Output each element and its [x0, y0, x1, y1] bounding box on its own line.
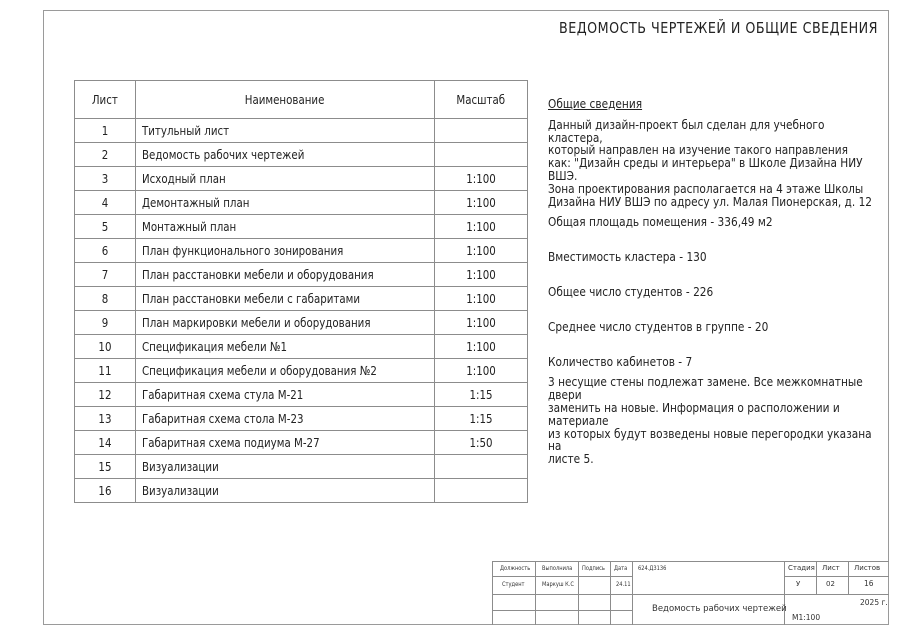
avg-group-info: Среднее число студентов в группе - 20 — [548, 321, 878, 334]
col-date-label: Дата — [614, 565, 627, 572]
table-row: 8План расстановки мебели с габаритами1:1… — [75, 287, 528, 311]
sheet-number: 2 — [75, 143, 136, 167]
sheet-number: 11 — [75, 359, 136, 383]
table-row: 4Демонтажный план1:100 — [75, 191, 528, 215]
stage-label: Стадия — [788, 564, 815, 572]
sheet-name: Визуализации — [136, 455, 435, 479]
text-line: 3 несущие стены подлежат замене. Все меж… — [548, 376, 878, 402]
text-line: заменить на новые. Информация о располож… — [548, 402, 878, 428]
sheet-name: Исходный план — [136, 167, 435, 191]
year-value: 2025 г. — [860, 598, 888, 607]
table-row: 1Титульный лист — [75, 119, 528, 143]
sheet-name: План расстановки мебели и оборудования — [136, 263, 435, 287]
scale-value: М1:100 — [792, 613, 820, 622]
col-author-label: Выполнила — [542, 565, 572, 572]
drawing-name: Ведомость рабочих чертежей — [652, 604, 787, 614]
table-row: 16Визуализации — [75, 479, 528, 503]
total-students-info: Общее число студентов - 226 — [548, 286, 878, 299]
sheet-scale: 1:100 — [435, 215, 528, 239]
sheet-scale: 1:100 — [435, 311, 528, 335]
rooms-info: Количество кабинетов - 7 — [548, 356, 878, 369]
sheet-scale — [435, 119, 528, 143]
table-row: 3Исходный план1:100 — [75, 167, 528, 191]
text-line: Дизайна НИУ ВШЭ по адресу ул. Малая Пион… — [548, 196, 878, 209]
sheet-scale: 1:15 — [435, 407, 528, 431]
table-header-row: Лист Наименование Масштаб — [75, 81, 528, 119]
sheet-scale: 1:100 — [435, 359, 528, 383]
sheet-name: Монтажный план — [136, 215, 435, 239]
sheet-scale — [435, 479, 528, 503]
table-row: 11Спецификация мебели и оборудования №21… — [75, 359, 528, 383]
sheet-scale — [435, 455, 528, 479]
sheet-number: 3 — [75, 167, 136, 191]
sheets-value: 16 — [864, 579, 874, 588]
table-row: 13Габаритная схема стола М-231:15 — [75, 407, 528, 431]
sheet-scale: 1:100 — [435, 167, 528, 191]
sheet-name: План функционального зонирования — [136, 239, 435, 263]
sheet-name: Габаритная схема стула М-21 — [136, 383, 435, 407]
sheet-name: Ведомость рабочих чертежей — [136, 143, 435, 167]
sheet-number: 8 — [75, 287, 136, 311]
table-row: 2Ведомость рабочих чертежей — [75, 143, 528, 167]
text-line: из которых будут возведены новые перегор… — [548, 428, 878, 454]
sheet-name: Спецификация мебели №1 — [136, 335, 435, 359]
sheet-scale: 1:100 — [435, 335, 528, 359]
drawing-list-body: 1Титульный лист2Ведомость рабочих чертеж… — [75, 119, 528, 503]
text-line: Данный дизайн-проект был сделан для учеб… — [548, 119, 878, 145]
text-line: Зона проектирования располагается на 4 э… — [548, 183, 878, 196]
sheet-name: План маркировки мебели и оборудования — [136, 311, 435, 335]
title-block: Должность Выполнила Подпись Дата Студент… — [492, 561, 889, 625]
general-info: Общие сведения Данный дизайн-проект был … — [548, 98, 878, 466]
sheet-scale: 1:15 — [435, 383, 528, 407]
col-position-label: Должность — [500, 565, 530, 572]
table-row: 10Спецификация мебели №11:100 — [75, 335, 528, 359]
sheet-name: Габаритная схема подиума М-27 — [136, 431, 435, 455]
sheet-number: 4 — [75, 191, 136, 215]
table-row: 12Габаритная схема стула М-211:15 — [75, 383, 528, 407]
general-info-heading: Общие сведения — [548, 98, 878, 111]
header-sheet: Лист — [75, 81, 136, 119]
author-value: Маркуш К.С — [542, 581, 574, 588]
stage-value: У — [796, 580, 800, 588]
sheet-number: 7 — [75, 263, 136, 287]
sheet-name: Габаритная схема стола М-23 — [136, 407, 435, 431]
sheets-label: Листов — [854, 564, 880, 572]
sheet-name: Титульный лист — [136, 119, 435, 143]
table-row: 15Визуализации — [75, 455, 528, 479]
sheet-number: 10 — [75, 335, 136, 359]
sheet-scale: 1:100 — [435, 191, 528, 215]
col-signature-label: Подпись — [582, 565, 605, 572]
sheet-number: 13 — [75, 407, 136, 431]
sheet-scale: 1:50 — [435, 431, 528, 455]
sheet-name: Визуализации — [136, 479, 435, 503]
drawing-list-table: Лист Наименование Масштаб 1Титульный лис… — [74, 80, 528, 503]
sheet-number: 6 — [75, 239, 136, 263]
sheet-title: ВЕДОМОСТЬ ЧЕРТЕЖЕЙ И ОБЩИЕ СВЕДЕНИЯ — [559, 19, 878, 37]
table-row: 7План расстановки мебели и оборудования1… — [75, 263, 528, 287]
sheet-scale — [435, 143, 528, 167]
sheet-number: 15 — [75, 455, 136, 479]
sheet-name: Демонтажный план — [136, 191, 435, 215]
area-info: Общая площадь помещения - 336,49 м2 — [548, 216, 878, 229]
sheet-value: 02 — [826, 580, 835, 588]
sheet-number: 12 — [75, 383, 136, 407]
sheet-name: Спецификация мебели и оборудования №2 — [136, 359, 435, 383]
sheet-number: 14 — [75, 431, 136, 455]
project-description: Данный дизайн-проект был сделан для учеб… — [548, 119, 878, 209]
sheet-scale: 1:100 — [435, 263, 528, 287]
sheet-number: 9 — [75, 311, 136, 335]
walls-notes: 3 несущие стены подлежат замене. Все меж… — [548, 376, 878, 466]
sheet-number: 1 — [75, 119, 136, 143]
header-name: Наименование — [136, 81, 435, 119]
table-row: 14Габаритная схема подиума М-271:50 — [75, 431, 528, 455]
date-value: 24.11 — [616, 581, 631, 588]
text-line: листе 5. — [548, 453, 878, 466]
sheet-scale: 1:100 — [435, 287, 528, 311]
table-row: 9План маркировки мебели и оборудования1:… — [75, 311, 528, 335]
text-line: как: "Дизайн среды и интерьера" в Школе … — [548, 157, 878, 183]
header-scale: Масштаб — [435, 81, 528, 119]
sheet-number: 16 — [75, 479, 136, 503]
sheet-label: Лист — [822, 564, 840, 572]
sheet-name: План расстановки мебели с габаритами — [136, 287, 435, 311]
sheet-scale: 1:100 — [435, 239, 528, 263]
table-row: 6План функционального зонирования1:100 — [75, 239, 528, 263]
document-code: 624.Д3136 — [638, 565, 666, 572]
position-value: Студент — [502, 581, 525, 588]
table-row: 5Монтажный план1:100 — [75, 215, 528, 239]
capacity-info: Вместимость кластера - 130 — [548, 251, 878, 264]
sheet-number: 5 — [75, 215, 136, 239]
